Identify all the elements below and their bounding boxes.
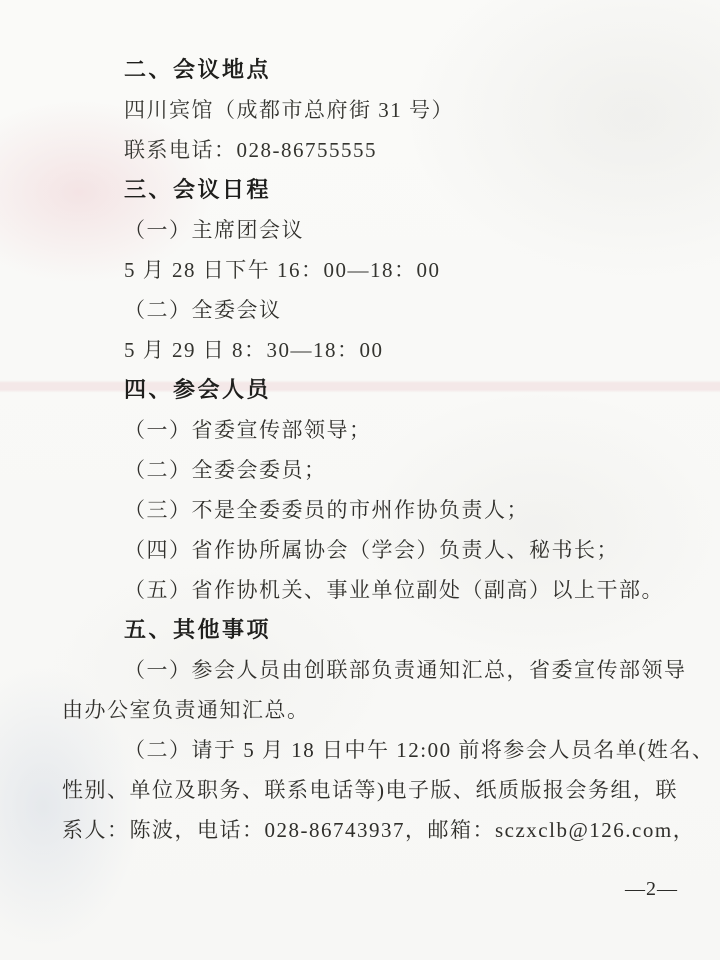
line-presidium-meeting: （一）主席团会议 xyxy=(62,210,662,250)
line-participant-category-3: （三）不是全委委员的市州作协负责人； xyxy=(62,490,662,530)
line-other-matter-1-cont: 由办公室负责通知汇总。 xyxy=(62,690,662,730)
line-other-matter-2-contact: 系人：陈波，电话：028-86743937，邮箱：sczxclb@126.com… xyxy=(62,810,662,850)
page-number: —2— xyxy=(625,878,678,901)
line-other-matter-2-start: （二）请于 5 月 18 日中午 12:00 前将参会人员名单(姓名、 xyxy=(62,730,662,770)
line-presidium-time: 5 月 28 日下午 16：00—18：00 xyxy=(62,250,662,290)
scanned-document-page: 二、会议地点 四川宾馆（成都市总府街 31 号） 联系电话：028-867555… xyxy=(0,0,720,960)
heading-meeting-location: 二、会议地点 xyxy=(62,50,662,90)
line-other-matter-1-start: （一）参会人员由创联部负责通知汇总，省委宣传部领导 xyxy=(62,650,662,690)
heading-participants: 四、参会人员 xyxy=(62,370,662,410)
line-plenary-meeting: （二）全委会议 xyxy=(62,290,662,330)
line-plenary-time: 5 月 29 日 8：30—18：00 xyxy=(62,330,662,370)
line-participant-category-5: （五）省作协机关、事业单位副处（副高）以上干部。 xyxy=(62,570,662,610)
line-participant-category-4: （四）省作协所属协会（学会）负责人、秘书长； xyxy=(62,530,662,570)
heading-meeting-schedule: 三、会议日程 xyxy=(62,170,662,210)
line-venue: 四川宾馆（成都市总府街 31 号） xyxy=(62,90,662,130)
line-contact-phone: 联系电话：028-86755555 xyxy=(62,130,662,170)
document-content: 二、会议地点 四川宾馆（成都市总府街 31 号） 联系电话：028-867555… xyxy=(62,50,662,850)
line-participant-category-1: （一）省委宣传部领导； xyxy=(62,410,662,450)
line-other-matter-2-cont: 性别、单位及职务、联系电话等)电子版、纸质版报会务组，联 xyxy=(62,770,662,810)
heading-other-matters: 五、其他事项 xyxy=(62,610,662,650)
line-participant-category-2: （二）全委会委员； xyxy=(62,450,662,490)
